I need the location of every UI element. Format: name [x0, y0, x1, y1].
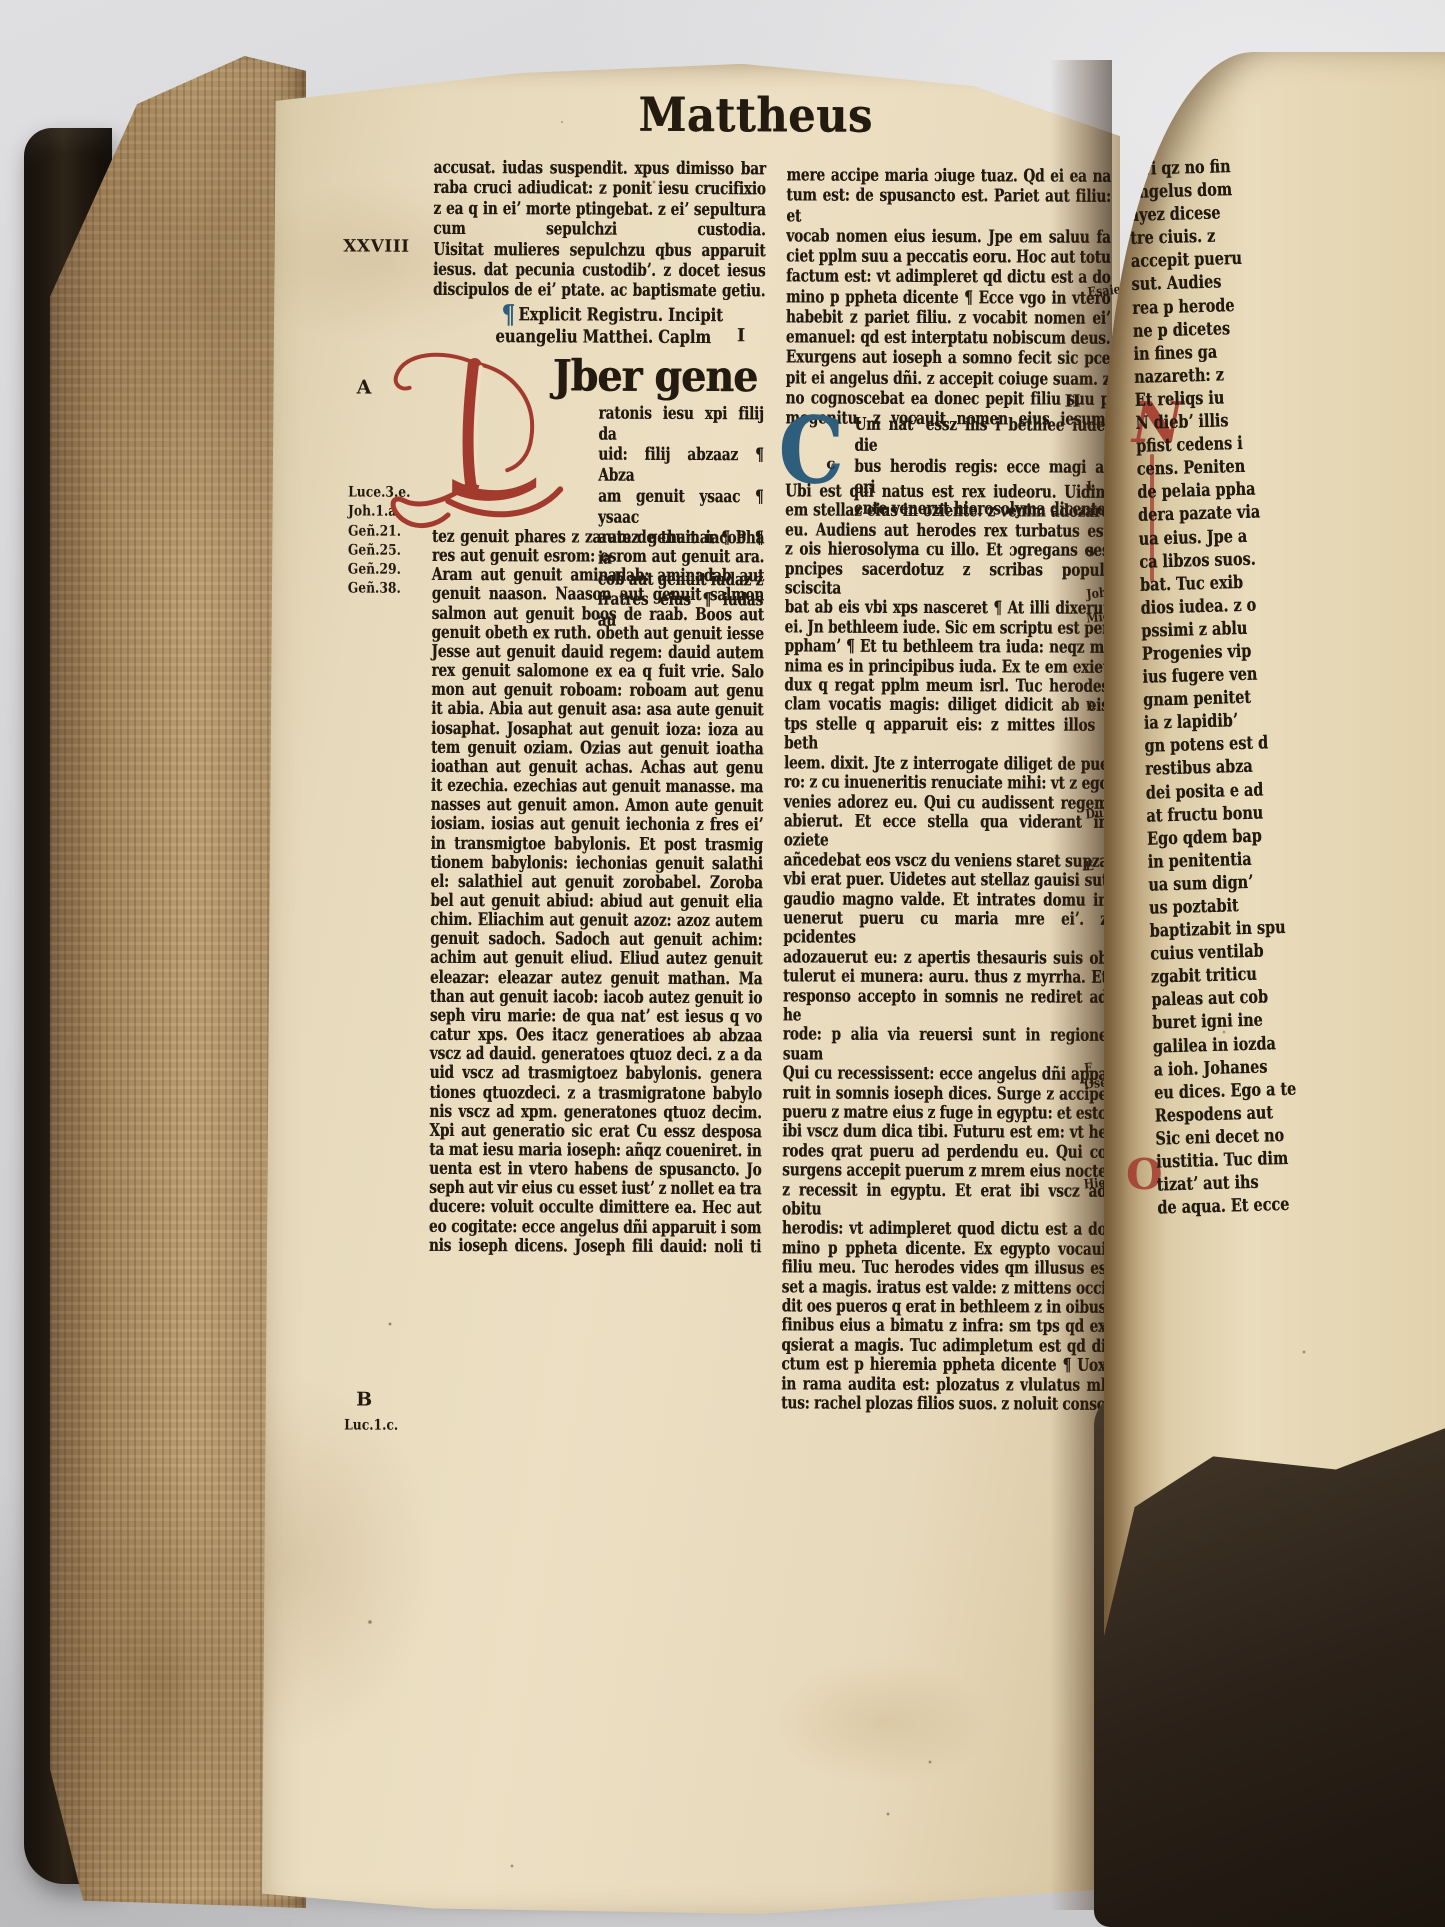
running-title: Mattheus	[604, 88, 908, 144]
text-line: ratonis iesu xpi filij da	[598, 404, 764, 446]
text-line: it abia. Abia aut genuit asa: asa aute g…	[431, 700, 763, 721]
text-line: eo cogitate: ecce angelus dñi apparuit i…	[429, 1217, 761, 1238]
text-line: achim aut genuit eliud. Eliud autez genu…	[430, 949, 762, 970]
text-line: nis vscz ad xpm. generatones qtuoz decim…	[429, 1103, 761, 1124]
facing-page-text-fragments: lari qz no finangelus domayez dicesetre …	[1128, 149, 1445, 1220]
text-line: iesus. dat pecunia custodibʼ. z docet ie…	[433, 260, 765, 282]
text-line: eleazar: eleazar autez genuit mathan. Ma	[430, 968, 762, 989]
chapter-number-margin: XXVIII	[343, 236, 410, 256]
page-content: Mattheus XXVIII accusat. iudas suspendit…	[258, 60, 1124, 1916]
text-line: uid: filij abzaaz ¶ Abza	[598, 445, 764, 487]
left-column-body: tez genuit phares z zaram de thamar ¶ Ph…	[429, 528, 764, 1257]
text-line: iosaphat. Josaphat aut genuit ioza: ioza…	[431, 719, 763, 740]
chapter-numeral-1: I	[737, 325, 746, 346]
text-line: uid vscz ad trasmigtoez babylonis. gener…	[430, 1064, 762, 1085]
text-line: salmon aut genuit boos de raab. Boos aut	[432, 604, 764, 625]
opening-words-large: Jber gene	[553, 351, 758, 402]
text-line: nis ioseph dicens. Joseph fili dauid: no…	[429, 1237, 761, 1258]
text-line: discipulos de eiʼ ptate. ac baptismate g…	[433, 280, 765, 302]
guide-letter: c	[826, 455, 835, 473]
text-line: am genuit ysaac ¶ ysaac	[598, 486, 764, 528]
explicit-text: Explicit Registru. Incipit	[518, 304, 723, 326]
section-letter-b: B	[356, 1389, 372, 1411]
text-line: in transmigtoe babylonis. Et post trasmi…	[431, 834, 763, 855]
text-line: raba cruci adiudicat: z ponit iesu cruci…	[433, 178, 765, 200]
text-line: tionem babylonis: iechonias genuit salat…	[431, 854, 763, 875]
text-line: Uisitat mulieres sepulchzu qbus apparuit	[433, 239, 765, 261]
text-line: accusat. iudas suspendit. xpus dimisso b…	[434, 158, 766, 180]
margin-reference-b: Luc.1.c.	[344, 1416, 429, 1433]
explicit-line-2: euangeliu Matthei. Caplm	[495, 326, 774, 349]
text-line: z ea q in eiʼ morte ptingebat. z eiʼ sep…	[433, 199, 765, 221]
explicit-line-1: ¶Explicit Registru. Incipit	[501, 304, 780, 327]
photo-background: Mattheus XXVIII accusat. iudas suspendit…	[0, 0, 1445, 1927]
margin-reference: Geñ.38.	[348, 579, 433, 599]
text-line: ducere: voluit occulte dimittere ea. Hec…	[429, 1198, 761, 1219]
text-line: iosiam. iosias aut genuit iechonia z fre…	[431, 815, 763, 836]
text-line: genuit naason. Naason aut genuit salmon	[432, 585, 764, 606]
left-page: Mattheus XXVIII accusat. iudas suspendit…	[262, 62, 1120, 1914]
text-line: tiones qtuozdeci. z a trasmigratone baby…	[429, 1083, 761, 1104]
section-letter-a: A	[357, 377, 372, 399]
text-line: cum sepulchzi custodia.	[433, 219, 765, 241]
left-column-summary: accusat. iudas suspendit. xpus dimisso b…	[433, 158, 766, 302]
